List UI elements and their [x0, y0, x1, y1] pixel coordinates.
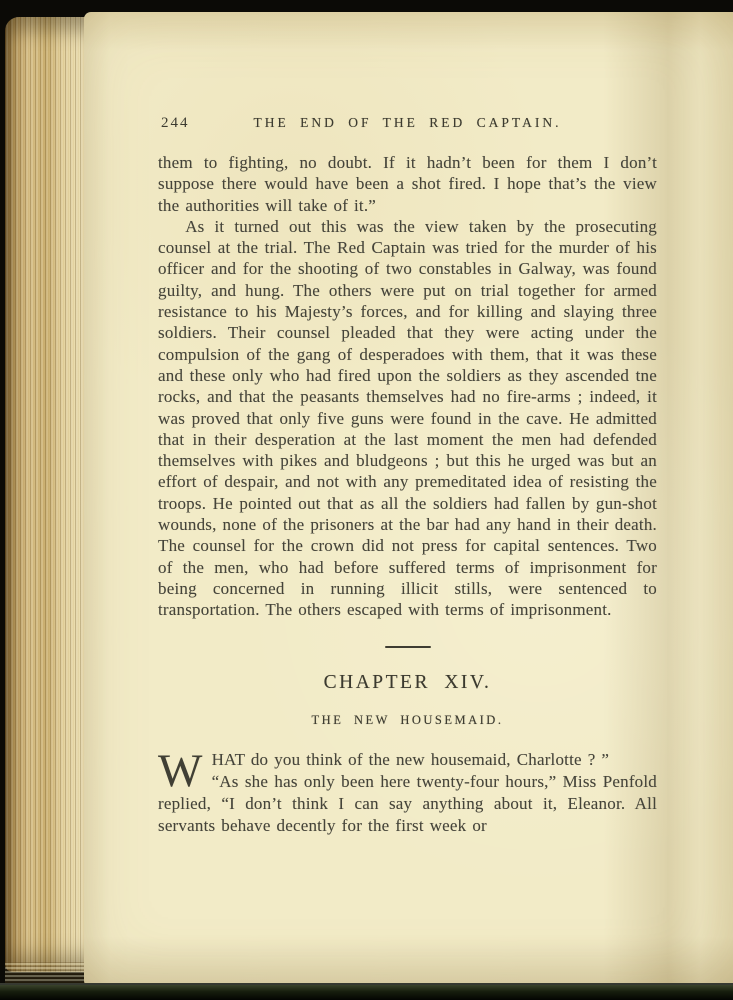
running-title: THE END OF THE RED CAPTAIN.	[158, 115, 657, 131]
page-content: 244 THE END OF THE RED CAPTAIN. them to …	[158, 12, 657, 854]
paragraph-continuation: them to fighting, no doubt. If it hadn’t…	[158, 152, 657, 216]
opening-dialogue-continuation: “As she has only been here twenty-four h…	[158, 772, 657, 835]
body-text: them to fighting, no doubt. If it hadn’t…	[158, 152, 657, 621]
page-number: 244	[161, 115, 190, 132]
chapter-heading: CHAPTER XIV.	[158, 672, 657, 694]
paragraph-trial: As it turned out this was the view taken…	[158, 216, 657, 621]
chapter-divider-rule	[385, 646, 431, 648]
chapter-opening-paragraph: WHAT do you think of the new housemaid, …	[158, 749, 657, 837]
book-cover-bottom-edge	[0, 983, 733, 1000]
book-page: 244 THE END OF THE RED CAPTAIN. them to …	[84, 12, 733, 985]
chapter-subtitle: THE NEW HOUSEMAID.	[158, 713, 657, 728]
page-header: 244 THE END OF THE RED CAPTAIN.	[158, 115, 657, 133]
drop-cap-letter: W	[158, 749, 212, 790]
photographed-open-book: 244 THE END OF THE RED CAPTAIN. them to …	[0, 0, 733, 1000]
opening-dialogue-line: HAT do you think of the new housemaid, C…	[212, 750, 610, 769]
